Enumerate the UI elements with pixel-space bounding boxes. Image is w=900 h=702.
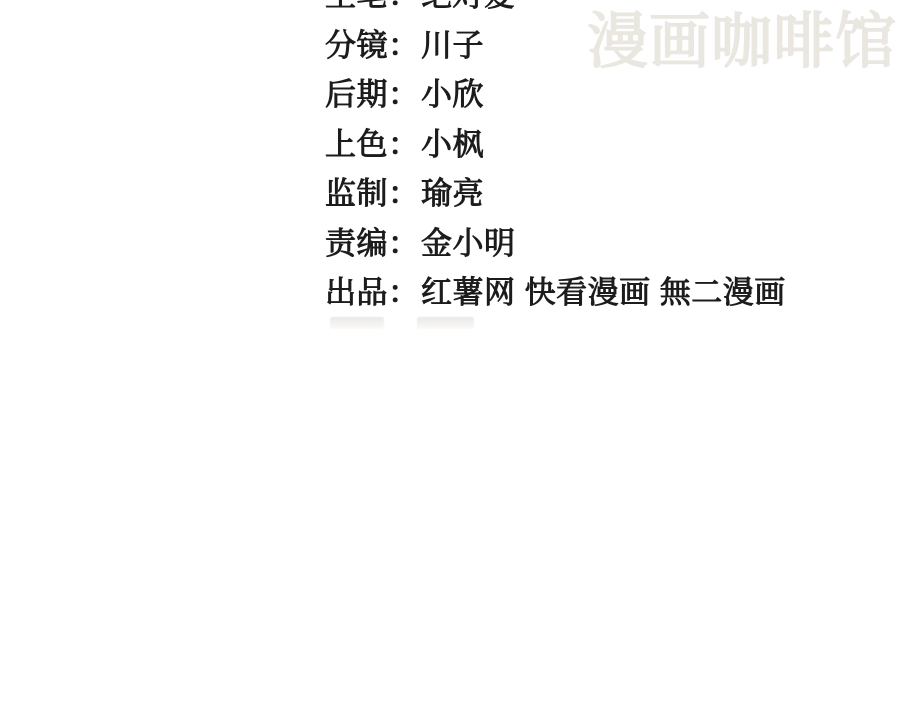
ghost-smudge-left <box>330 317 384 329</box>
credit-line-producer: 出品： 红薯网 快看漫画 無二漫画 <box>325 268 786 318</box>
credit-role-label: 分镜： <box>325 30 421 61</box>
ghost-smudge-right <box>417 317 474 329</box>
credit-role-label: 主笔： <box>325 0 421 11</box>
credit-name: 绝对爱 <box>421 0 516 11</box>
credit-line-post-production: 后期： 小欣 <box>325 70 786 120</box>
credit-role-label: 后期： <box>325 79 421 110</box>
credit-line-editor: 责编： 金小明 <box>325 219 786 269</box>
credit-name: 瑜亮 <box>421 178 484 209</box>
credit-role-label: 监制： <box>325 178 421 209</box>
credits-panel: 主笔： 绝对爱 分镜： 川子 后期： 小欣 上色： 小枫 监制： 瑜亮 责编： … <box>325 0 786 318</box>
credit-name: 金小明 <box>421 228 516 259</box>
credit-line-main-artist-clipped: 主笔： 绝对爱 <box>325 0 786 21</box>
comic-credits-page: 漫画咖啡馆 主笔： 绝对爱 分镜： 川子 后期： 小欣 上色： 小枫 监制： 瑜… <box>0 0 900 702</box>
credit-name: 小欣 <box>421 79 484 110</box>
credit-name: 川子 <box>421 30 484 61</box>
credit-role-label: 出品： <box>325 277 421 308</box>
credit-name: 小枫 <box>421 129 484 160</box>
credit-line-coloring: 上色： 小枫 <box>325 120 786 170</box>
credit-name: 红薯网 快看漫画 無二漫画 <box>421 277 786 308</box>
credit-role-label: 上色： <box>325 129 421 160</box>
credit-line-storyboard: 分镜： 川子 <box>325 21 786 71</box>
credit-role-label: 责编： <box>325 228 421 259</box>
credit-line-supervisor: 监制： 瑜亮 <box>325 169 786 219</box>
